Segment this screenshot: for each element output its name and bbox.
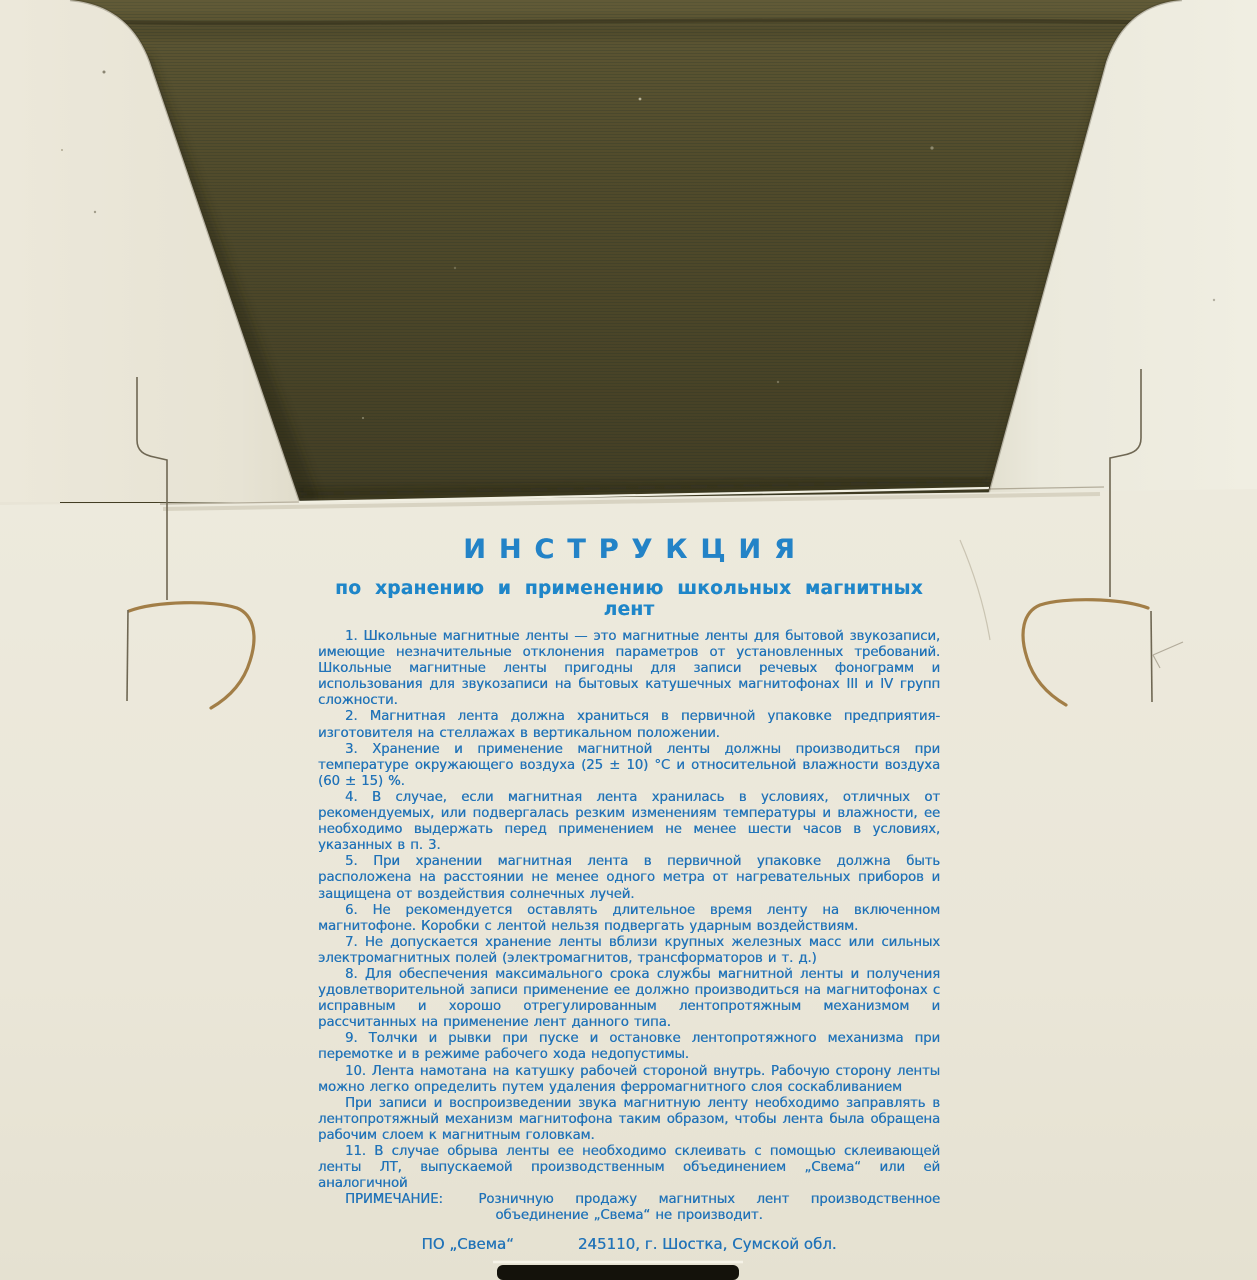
instruction-paragraph: 8. Для обеспечения максимального срока с… — [318, 967, 940, 1031]
instruction-paragraph: 11. В случае обрыва ленты ее необходимо … — [318, 1144, 940, 1192]
note-line: ПРИМЕЧАНИЕ: Розничную продажу магнитных … — [318, 1192, 940, 1208]
manufacturer-name: ПО „Свема“ — [421, 1235, 513, 1253]
instruction-paragraph: 4. В случае, если магнитная лента хранил… — [318, 790, 940, 854]
instruction-paragraph: 6. Не рекомендуется оставлять длительное… — [318, 903, 940, 935]
instruction-body: 1. Школьные магнитные ленты — это магнит… — [318, 629, 940, 1224]
footer-imprint: ПО „Свема“ 245110, г. Шостка, Сумской об… — [318, 1235, 940, 1253]
instruction-title: ИНСТРУКЦИЯ — [318, 534, 940, 565]
instruction-paragraph: 2. Магнитная лента должна храниться в пе… — [318, 709, 940, 741]
instruction-paragraph: 10. Лента намотана на катушку рабочей ст… — [318, 1064, 940, 1096]
note-line-2: объединение „Свема“ не производит. — [318, 1208, 940, 1224]
instruction-subtitle: по хранению и применению школьных магнит… — [318, 578, 940, 620]
instruction-paragraph: 5. При хранении магнитная лента в первич… — [318, 854, 940, 902]
instruction-paragraph: 7. Не допускается хранение ленты вблизи … — [318, 935, 940, 967]
instruction-paragraph: При записи и воспроизведении звука магни… — [318, 1096, 940, 1144]
note-label: ПРИМЕЧАНИЕ: — [345, 1192, 457, 1207]
manufacturer-address: 245110, г. Шостка, Сумской обл. — [578, 1235, 837, 1253]
instruction-sheet: ИНСТРУКЦИЯ по хранению и применению школ… — [318, 534, 940, 1224]
instruction-paragraph: 1. Школьные магнитные ленты — это магнит… — [318, 629, 940, 709]
instruction-paragraph: 3. Хранение и применение магнитной ленты… — [318, 742, 940, 790]
note-text: Розничную продажу магнитных лент произво… — [478, 1192, 940, 1207]
instruction-paragraph: 9. Толчки и рывки при пуске и остановке … — [318, 1031, 940, 1063]
box-photo: ИНСТРУКЦИЯ по хранению и применению школ… — [0, 0, 1257, 1280]
